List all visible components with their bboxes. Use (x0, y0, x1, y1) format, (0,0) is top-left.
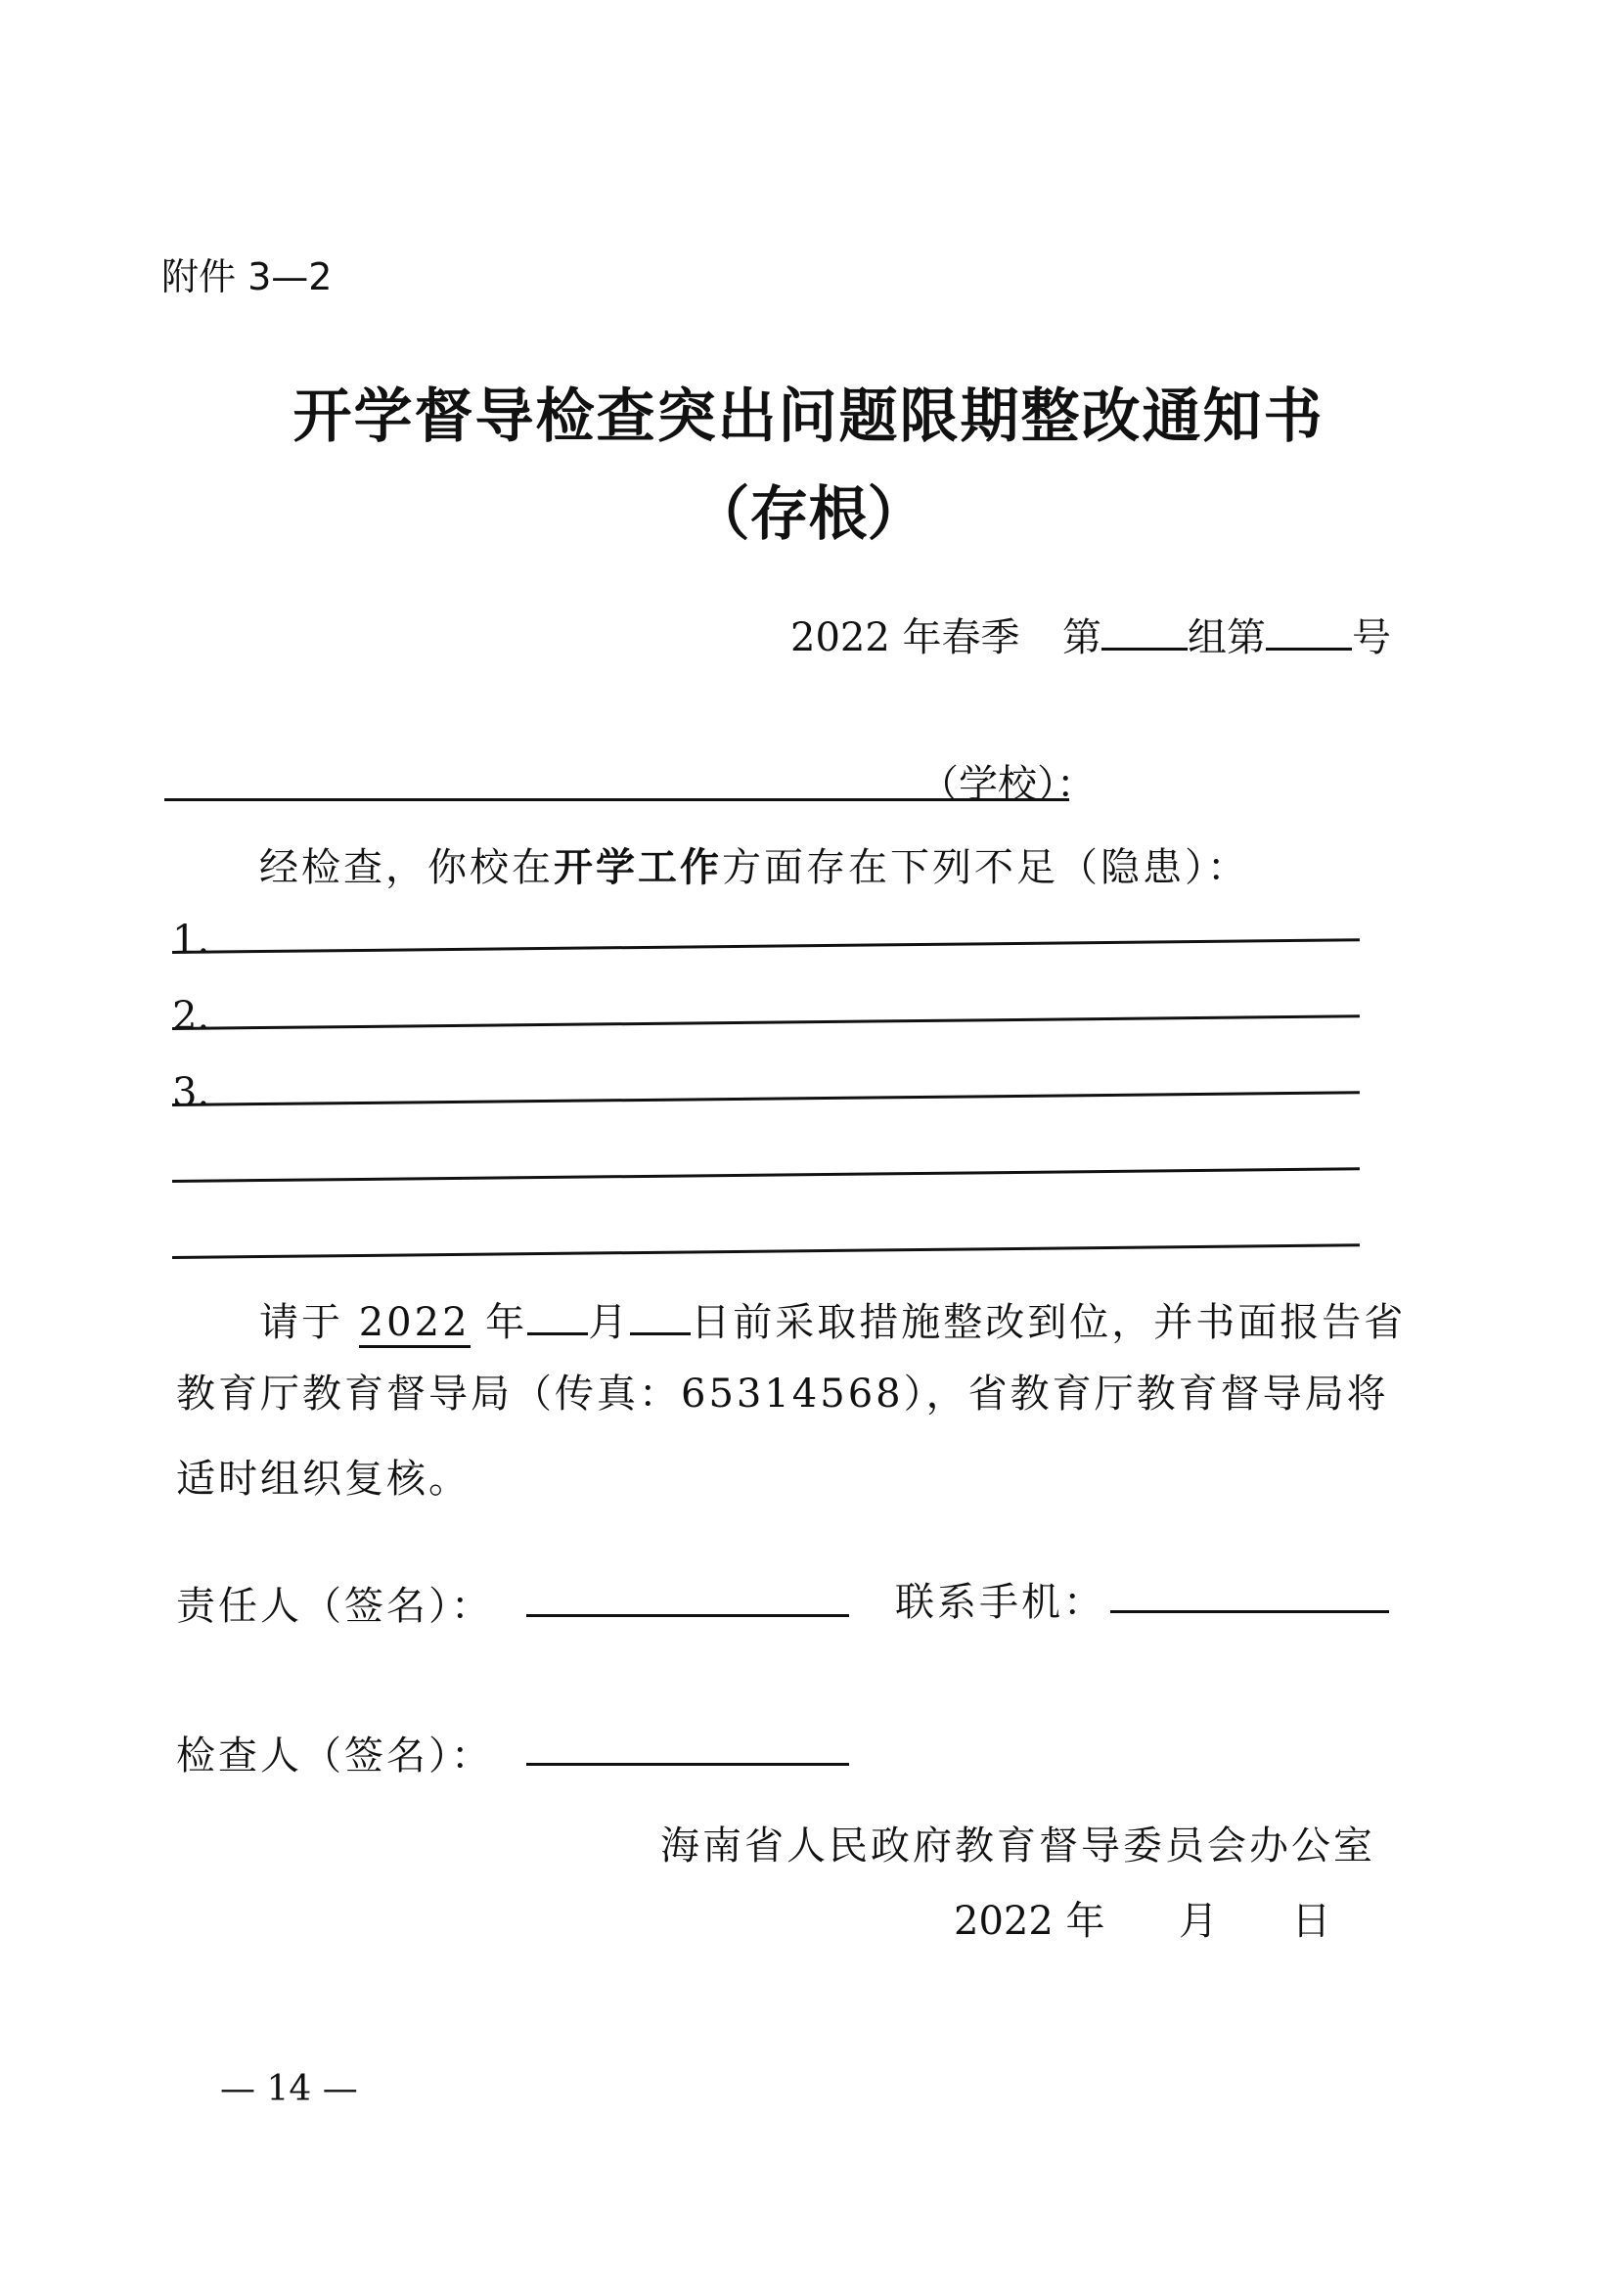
issuer-organization: 海南省人民政府教育督导委员会办公室 (660, 1815, 1375, 1870)
number-suffix: 号 (1352, 615, 1391, 660)
inspector-label: 检查人（签名）： (176, 1725, 493, 1780)
deadline-line-3: 适时组织复核。 (176, 1448, 471, 1504)
intro-paragraph: 经检查，你校在开学工作方面存在下列不足（隐患）： (259, 836, 1249, 892)
issue-date-month: 月 (1179, 1899, 1218, 1944)
deadline-day-field[interactable] (630, 1293, 691, 1335)
group-suffix: 组第 (1188, 615, 1266, 660)
year-season: 2022 年春季 (790, 615, 1020, 660)
issue-date: 2022 年 月 日 (954, 1890, 1330, 1946)
deadline-day-suffix: 日前采取措施整改到位，并书面报告省 (691, 1300, 1406, 1345)
notice-number-field[interactable] (1266, 608, 1352, 651)
responsible-label: 责任人（签名）： (176, 1575, 493, 1631)
issue-line-3[interactable] (172, 1091, 1360, 1106)
attachment-label: 附件 3—2 (161, 247, 332, 300)
issue-number-3: 3. (172, 1070, 209, 1115)
issue-line-1[interactable] (172, 938, 1360, 954)
notice-number-line: 2022 年春季 第组第号 (790, 607, 1391, 662)
issue-date-day: 日 (1291, 1899, 1330, 1944)
deadline-year-unit: 年 (485, 1300, 527, 1345)
phone-field[interactable] (1110, 1610, 1389, 1613)
intro-text-before: 经检查，你校在 (259, 845, 554, 890)
issue-date-year: 2022 年 (954, 1899, 1105, 1944)
page-number: — 14 — (220, 2069, 358, 2109)
group-number-field[interactable] (1101, 608, 1188, 651)
deadline-line-1: 请于 2022 年月日前采取措施整改到位，并书面报告省 (259, 1291, 1406, 1347)
intro-text-after: 方面存在下列不足（隐患）： (722, 845, 1249, 890)
deadline-prefix: 请于 (259, 1300, 343, 1345)
group-prefix: 第 (1062, 615, 1101, 660)
deadline-year: 2022 (359, 1300, 471, 1348)
deadline-month-unit: 月 (588, 1300, 630, 1345)
deadline-month-field[interactable] (527, 1293, 588, 1335)
phone-label: 联系手机： (895, 1571, 1105, 1627)
issue-line-4[interactable] (172, 1167, 1360, 1183)
intro-text-bold: 开学工作 (554, 845, 722, 890)
responsible-signature-field[interactable] (526, 1614, 849, 1617)
inspector-signature-field[interactable] (526, 1763, 849, 1766)
document-subtitle: （存根） (0, 468, 1617, 552)
document-title: 开学督导检查突出问题限期整改通知书 (0, 370, 1617, 454)
issue-line-5[interactable] (172, 1243, 1360, 1259)
deadline-line-2: 教育厅教育督导局（传真：65314568），省教育厅教育督导局将 (176, 1363, 1389, 1418)
issue-line-2[interactable] (172, 1014, 1360, 1030)
school-label: （学校）： (920, 753, 1096, 809)
issue-number-1: 1. (172, 918, 209, 963)
issue-number-2: 2. (172, 994, 209, 1039)
